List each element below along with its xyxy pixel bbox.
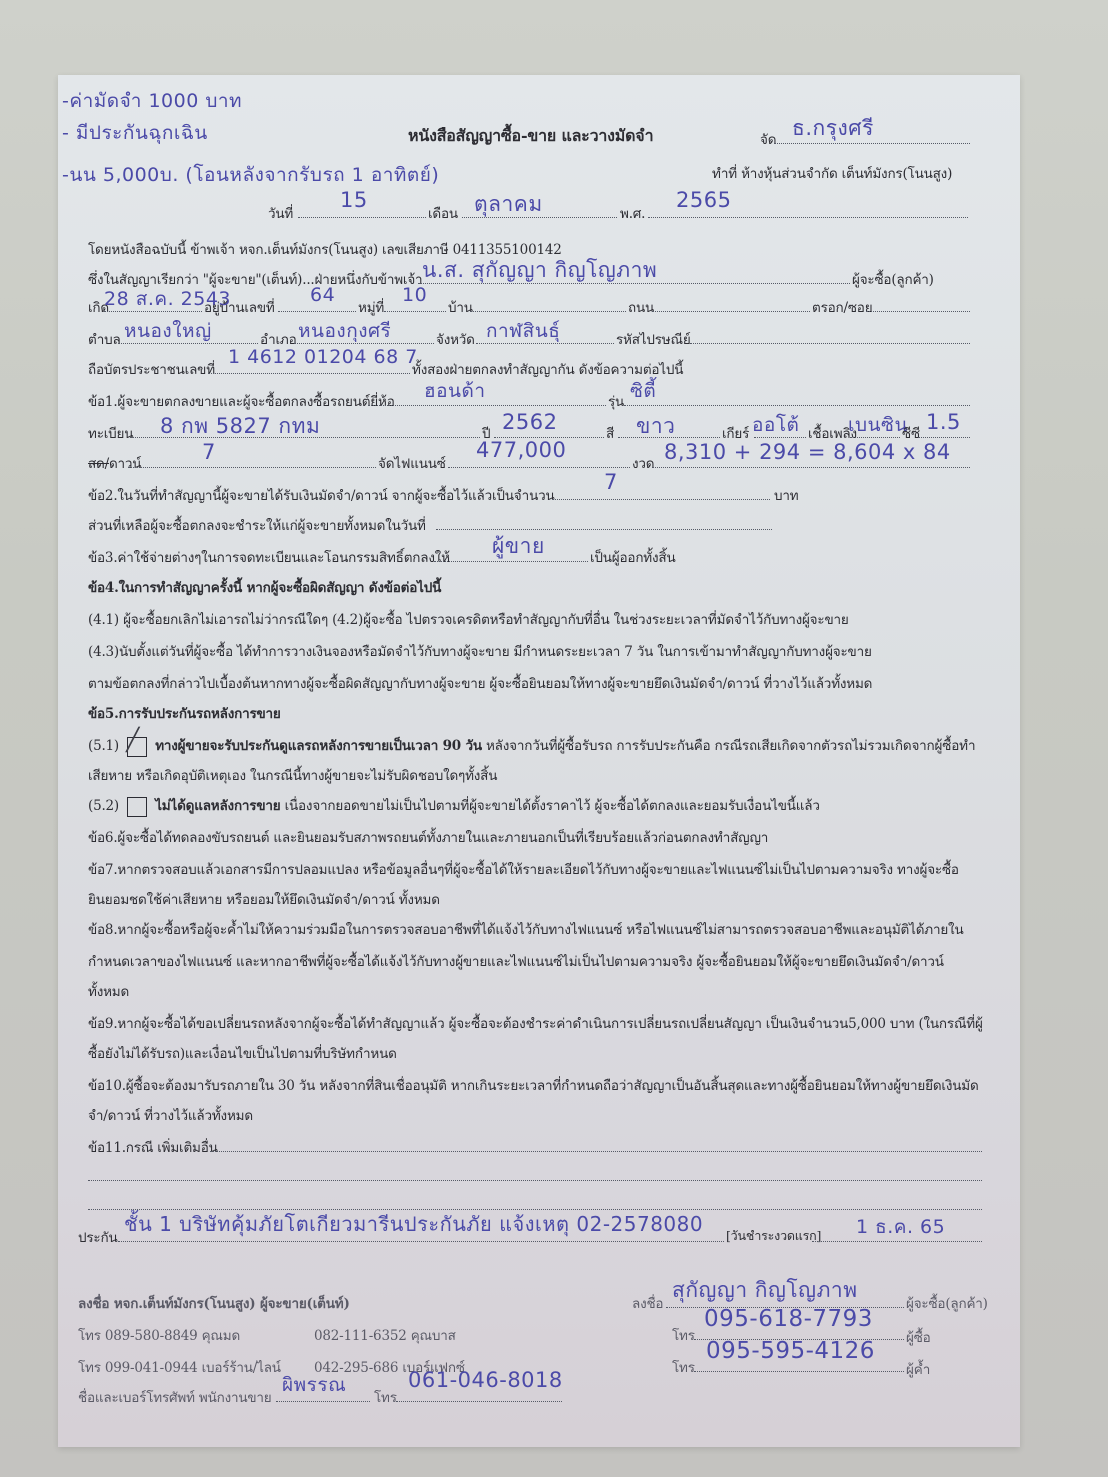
id-label: ถือบัตรประชาชนเลขที่ [88, 358, 215, 380]
clause11-label: ข้อ11.กรณี เพิ่มเติมอื่น [88, 1136, 218, 1158]
salesperson-label: ชื่อและเบอร์โทรศัพท์ พนักงานขาย [78, 1386, 272, 1408]
subdistrict-value[interactable]: หนองใหญ่ [124, 316, 212, 346]
no-warranty-checkbox[interactable] [127, 797, 147, 817]
clause8a: ข้อ8.หากผู้จะซื้อหรือผู้จะค้ำไม่ให้ความร… [88, 918, 963, 940]
clause2-line [552, 499, 770, 500]
buyer-sign-suffix: ผู้จะซื้อ(ลูกค้า) [906, 1292, 988, 1314]
made-at: ทำที่ ห้างหุ้นส่วนจำกัด เต็นท์มังกร(โนนส… [712, 162, 952, 184]
clause3-suffix: เป็นผู้ออกทั้งสิ้น [590, 546, 675, 568]
clause5-1-bold: ทางผู้ขายจะรับประกันดูแลรถหลังการขายเป็น… [155, 738, 482, 754]
guarantor-phone-value[interactable]: 095-595-4126 [706, 1338, 875, 1364]
phone-bas: 082-111-6352 คุณบาส [314, 1324, 456, 1346]
day-label: วันที่ [268, 202, 293, 224]
clause11-line2 [88, 1180, 982, 1181]
down-label-struck: สด/ [88, 456, 109, 472]
installment-line [652, 467, 970, 468]
clause3-value[interactable]: ผู้ขาย [492, 530, 545, 563]
clause1-label: ข้อ1.ผู้จะขายตกลงขายและผู้จะซื้อตกลงซื้อ… [88, 390, 395, 412]
note-deposit: -ค่ามัดจำ 1000 บาท [62, 86, 242, 116]
house-no-value[interactable]: 64 [310, 284, 335, 306]
finance-label: จัดไฟแนนซ์ [378, 452, 446, 474]
year-label: พ.ศ. [620, 202, 645, 224]
road-label: ถนน [628, 296, 654, 318]
clause4-1: (4.1) ผู้จะซื้อยกเลิกไม่เอารถไม่ว่ากรณีใ… [88, 608, 849, 630]
down-value[interactable]: 7 [202, 440, 216, 464]
guarantor-phone-label: โทร [672, 1356, 695, 1378]
salesperson-value[interactable]: ผิพรรณ [282, 1370, 346, 1400]
color-value[interactable]: ขาว [636, 410, 675, 443]
clause5-title: ข้อ5.การรับประกันรถหลังการขาย [88, 702, 281, 724]
installment-label: งวด [632, 452, 654, 474]
clause5-2-rest: เนื่องจากยอดขายไม่เป็นไปตามที่ผู้จะขายได… [285, 798, 820, 814]
buyer-suffix: ผู้จะซื้อ(ลูกค้า) [852, 268, 934, 290]
salesperson-line [276, 1401, 370, 1402]
brand-line [368, 405, 606, 406]
finance-line [448, 467, 630, 468]
postcode-line [690, 343, 970, 344]
clause3-label: ข้อ3.ค่าใช้จ่ายต่างๆในการจดทะเบียนและโอน… [88, 546, 450, 568]
moo-line [384, 311, 446, 312]
house-no-label: อยู่บ้านเลขที่ [204, 296, 275, 318]
day-value[interactable]: 15 [340, 188, 368, 212]
branch-label: จัด [760, 128, 776, 150]
down-line [128, 467, 376, 468]
first-payment-label: [วันชำระงวดแรก] [726, 1226, 821, 1246]
buyer-sign-label: ลงชื่อ [632, 1292, 663, 1314]
district-value[interactable]: หนองกุงศรี [298, 316, 391, 346]
clause2-rest-label: ส่วนที่เหลือผู้จะซื้อตกลงจะชำระให้แก่ผู้… [88, 514, 426, 536]
color-label: สี [606, 422, 614, 444]
installment-value[interactable]: 8,310 + 294 = 8,604 x 84 [664, 440, 951, 464]
clause10a: ข้อ10.ผู้ซื้อจะต้องมารับรถภายใน 30 วัน ห… [88, 1074, 979, 1096]
alley-label: ตรอก/ซอย [812, 296, 872, 318]
buyer-sign-value[interactable]: สุกัญญา กิญโญภาพ [672, 1274, 858, 1307]
clause5-2-row: (5.2) ไม่ได้ดูแลหลังการขาย เนื่องจากยอดข… [88, 794, 820, 817]
model-line [624, 405, 970, 406]
alley-line [866, 311, 970, 312]
buyer-phone-value[interactable]: 095-618-7793 [704, 1306, 873, 1332]
buyer-name-value[interactable]: น.ส. สุกัญญา กิญโญภาพ [422, 254, 657, 287]
id-value[interactable]: 1 4612 01204 68 7 [228, 346, 418, 368]
clause2-rest-line [436, 529, 772, 530]
clause4-3b: ตามข้อตกลงที่กล่าวไปเบื้องต้นหากทางผู้จะ… [88, 672, 872, 694]
clause11-line1 [210, 1151, 982, 1152]
village-label: บ้าน [448, 296, 473, 318]
province-value[interactable]: กาฬสินธุ์ [486, 316, 560, 346]
clause4-title: ข้อ4.ในการทำสัญญาครั้งนี้ หากผู้จะซื้อผิ… [88, 576, 441, 598]
note-insurance: - มีประกันฉุกเฉิน [62, 118, 208, 148]
model-value[interactable]: ซิตี้ [630, 376, 656, 406]
clause8c: ทั้งหมด [88, 980, 129, 1002]
clause8b: กำหนดเวลาของไฟแนนซ์ และหากอาชีพที่ผู้จะซ… [88, 950, 944, 972]
buyer-phone-suffix: ผู้ซื้อ [906, 1326, 931, 1348]
month-value[interactable]: ตุลาคม [474, 188, 543, 221]
finance-value[interactable]: 477,000 [476, 438, 566, 462]
clause5-1-rest: หลังจากวันที่ผู้ซื้อรับรถ การรับประกันคื… [486, 738, 975, 754]
salesperson-phone-value[interactable]: 061-046-8018 [408, 1368, 563, 1392]
down-label-text: ดาวน์ [109, 456, 141, 472]
clause2-unit: บาท [774, 484, 798, 506]
phone-shop: โทร 099-041-0944 เบอร์ร้าน/ไลน์ [78, 1356, 281, 1378]
insurance-label: ประกัน [78, 1226, 117, 1248]
moo-label: หมู่ที่ [358, 296, 384, 318]
month-label: เดือน [428, 202, 458, 224]
clause4-3a: (4.3)นับตั้งแต่วันที่ผู้จะซื้อ ได้ทำการว… [88, 640, 872, 662]
clause10b: จำ/ดาวน์ ที่วางไว้แล้วทั้งหมด [88, 1104, 253, 1126]
road-line [652, 311, 810, 312]
clause7b: ยินยอมชดใช้ค่าเสียหาย หรือยอมให้ยึดเงินม… [88, 888, 440, 910]
clause5-2-num: (5.2) [88, 798, 119, 814]
reg-label: ทะเบียน [88, 422, 133, 444]
clause9b: ซื้อยังไม่ได้รับรถ)และเงื่อนไขเป็นไปตามท… [88, 1042, 397, 1064]
cc-value[interactable]: 1.5 [926, 410, 961, 434]
clause5-1-cont: เสียหาย หรือเกิดอุบัติเหตุเอง ในกรณีนี้ท… [88, 764, 497, 786]
province-label: จังหวัด [436, 328, 475, 350]
clause5-1-row: (5.1) ╱ ทางผู้ขายจะรับประกันดูแลรถหลังกา… [88, 734, 975, 757]
clause9a: ข้อ9.หากผู้จะซื้อได้ขอเปลี่ยนรถหลังจากผู… [88, 1012, 983, 1034]
clause2-value[interactable]: 7 [604, 470, 618, 494]
insurance-value[interactable]: ชั้น 1 บริษัทคุ้มภัยโตเกียวมารีนประกันภั… [124, 1208, 703, 1240]
clause2-label: ข้อ2.ในวันที่ทำสัญญานี้ผู้จะขายได้รับเงิ… [88, 484, 555, 506]
buyer-phone-label: โทร [672, 1324, 695, 1346]
checkmark-icon: ╱ [126, 728, 139, 753]
postcode-label: รหัสไปรษณีย์ [616, 328, 691, 350]
clause5-1-num: (5.1) [88, 738, 119, 754]
note-transfer: -นน 5,000บ. (โอนหลังจากรับรถ 1 อาทิตย์) [62, 160, 439, 190]
house-no-line [278, 311, 356, 312]
brand-value[interactable]: ฮอนด้า [424, 376, 486, 406]
moo-value[interactable]: 10 [402, 284, 427, 306]
day-line [298, 217, 426, 218]
salesperson-phone-line [396, 1401, 562, 1402]
clause7a: ข้อ7.หากตรวจสอบแล้วเอกสารมีการปลอมแปลง ห… [88, 858, 959, 880]
year-value[interactable]: 2565 [676, 188, 731, 212]
reg-value[interactable]: 8 กพ 5827 กทม [160, 410, 320, 443]
phone-mod: โทร 089-580-8849 คุณมด [78, 1324, 240, 1346]
car-year-value[interactable]: 2562 [502, 410, 557, 434]
village-line [470, 311, 626, 312]
guarantor-phone-suffix: ผู้ค้ำ [906, 1358, 930, 1380]
model-label: รุ่น [608, 390, 624, 412]
seller-signature: ลงชื่อ หจก.เต็นท์มังกร(โนนสูง) ผู้จะขาย(… [78, 1292, 350, 1314]
branch-value[interactable]: ธ.กรุงศรี [792, 112, 874, 145]
insurance-line [118, 1241, 724, 1242]
gear-value[interactable]: ออโต้ [752, 410, 799, 440]
year-line [648, 217, 968, 218]
clause5-2-bold: ไม่ได้ดูแลหลังการขาย [155, 798, 280, 814]
id-line [208, 373, 410, 374]
cc-line [918, 437, 970, 438]
subdistrict-label: ตำบล [88, 328, 121, 350]
first-payment-value[interactable]: 1 ธ.ค. 65 [856, 1212, 945, 1242]
down-label: สด/ดาวน์ [88, 452, 141, 474]
guarantor-phone-line [694, 1371, 904, 1372]
document-title: หนังสือสัญญาซื้อ-ขาย และวางมัดจำ [408, 124, 653, 149]
clause6: ข้อ6.ผู้จะซื้อได้ทดลองขับรถยนต์ และยินยอ… [88, 826, 768, 848]
fuel-value[interactable]: เบนซิน [848, 410, 908, 440]
salesperson-phone-label: โทร [374, 1386, 397, 1408]
warranty-checkbox[interactable]: ╱ [127, 737, 147, 757]
